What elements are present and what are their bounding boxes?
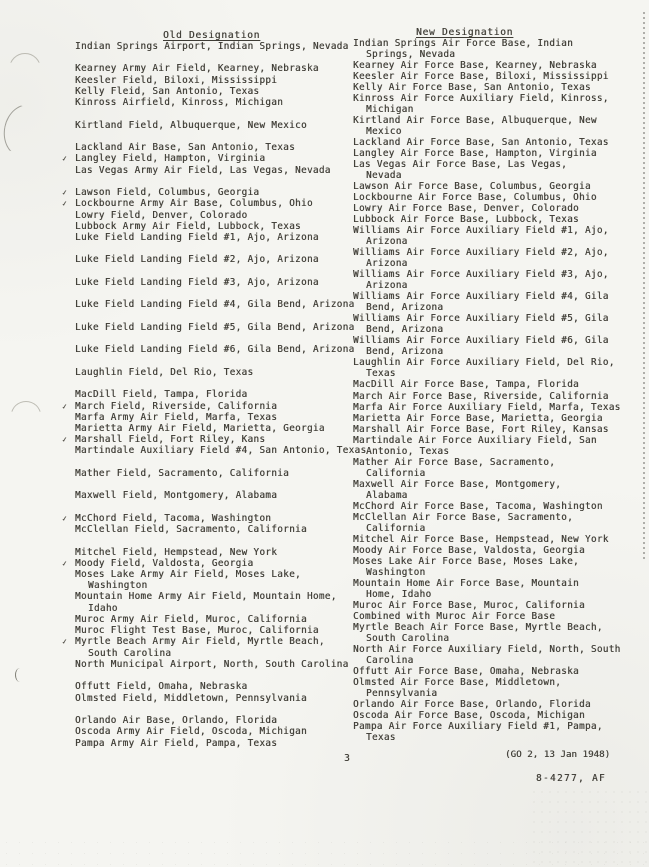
new-designation-line: Bend, Arizona — [353, 346, 647, 357]
punch-hole-mark — [9, 53, 41, 85]
designation-text: Myrtle Beach Army Air Field, Myrtle Beac… — [75, 636, 325, 647]
designation-text: Muroc Army Air Field, Muroc, California — [75, 614, 307, 625]
designation-text: Marfa Army Air Field, Marfa, Texas — [75, 412, 277, 423]
designation-text: Arizona — [366, 236, 408, 247]
designation-text: Martindale Air Force Auxiliary Field, Sa… — [353, 435, 597, 446]
designation-text: Muroc Air Force Base, Muroc, California — [353, 600, 585, 611]
old-designation-line: Luke Field Landing Field #1, Ajo, Arizon… — [75, 232, 375, 243]
old-designation-line — [75, 52, 375, 63]
new-designation-line: Williams Air Force Auxiliary Field #6, G… — [353, 335, 647, 346]
old-designation-line: Olmsted Field, Middletown, Pennsylvania — [75, 693, 375, 704]
new-designation-line: Kirtland Air Force Base, Albuquerque, Ne… — [353, 115, 647, 126]
pencil-checkmark-icon: ✓ — [61, 636, 67, 648]
old-designation-line — [75, 131, 375, 142]
old-designation-line: Luke Field Landing Field #6, Gila Bend, … — [75, 344, 375, 355]
designation-text: Lubbock Army Air Field, Lubbock, Texas — [75, 221, 301, 232]
old-designation-line: Oscoda Army Air Field, Oscoda, Michigan — [75, 726, 375, 737]
designation-text: Luke Field Landing Field #5, Gila Bend, … — [75, 322, 355, 333]
new-designation-line: Williams Air Force Auxiliary Field #1, A… — [353, 225, 647, 236]
designation-text: Pampa Air Force Auxiliary Field #1, Pamp… — [353, 721, 603, 732]
new-designation-line: Bend, Arizona — [353, 302, 647, 313]
designation-text: Kelly Air Force Base, San Antonio, Texas — [353, 82, 591, 93]
designation-text: Offutt Field, Omaha, Nebraska — [75, 681, 247, 692]
designation-text: Olmsted Field, Middletown, Pennsylvania — [75, 693, 307, 704]
old-designation-line: Kirtland Field, Albuquerque, New Mexico — [75, 120, 375, 131]
old-designation-line — [75, 356, 375, 367]
designation-text: Bend, Arizona — [366, 346, 443, 357]
old-designation-line: Kelly Fleid, San Antonio, Texas — [75, 86, 375, 97]
print-code: 8-4277, AF — [536, 773, 606, 784]
designation-text: Bend, Arizona — [366, 302, 443, 313]
old-designation-line: Lubbock Army Air Field, Lubbock, Texas — [75, 221, 375, 232]
new-designation-line: Mitchel Air Force Base, Hempstead, New Y… — [353, 534, 647, 545]
new-designation-line: Antonio, Texas — [353, 446, 647, 457]
pencil-checkmark-icon: ✓ — [61, 153, 67, 165]
designation-text: Carolina — [366, 655, 414, 666]
new-designation-line: Mexico — [353, 126, 647, 137]
old-designation-line: Laughlin Field, Del Rio, Texas — [75, 367, 375, 378]
page-number: 3 — [344, 753, 350, 764]
designation-text: MacDill Air Force Base, Tampa, Florida — [353, 379, 579, 390]
new-designation-line: Arizona — [353, 236, 647, 247]
new-designation-line: Texas — [353, 368, 647, 379]
new-designation-line: Michigan — [353, 104, 647, 115]
new-designation-line: Olmsted Air Force Base, Middletown, — [353, 677, 647, 688]
designation-text: Williams Air Force Auxiliary Field #5, G… — [353, 313, 609, 324]
pencil-checkmark-icon: ✓ — [61, 400, 67, 412]
old-designation-column: Indian Springs Airport, Indian Springs, … — [75, 41, 375, 749]
designation-text: Marshall Field, Fort Riley, Kans — [75, 434, 265, 445]
designation-text: Kinross Airfield, Kinross, Michigan — [75, 97, 283, 108]
new-designation-line: Indian Springs Air Force Base, Indian — [353, 38, 647, 49]
designation-text: California — [366, 523, 425, 534]
old-designation-line — [75, 535, 375, 546]
designation-text: Luke Field Landing Field #3, Ajo, Arizon… — [75, 277, 319, 288]
designation-text: Williams Air Force Auxiliary Field #3, A… — [353, 269, 609, 280]
designation-text: Marietta Army Air Field, Marietta, Georg… — [75, 423, 325, 434]
designation-text: Lackland Air Force Base, San Antonio, Te… — [353, 137, 609, 148]
designation-text: Kirtland Air Force Base, Albuquerque, Ne… — [353, 115, 597, 126]
old-designation-line — [75, 108, 375, 119]
new-designation-line: Kearney Air Force Base, Kearney, Nebrask… — [353, 60, 647, 71]
designation-text: Maxwell Field, Montgomery, Alabama — [75, 490, 277, 501]
old-designation-line — [75, 176, 375, 187]
old-designation-line — [75, 704, 375, 715]
designation-text: Oscoda Air Force Base, Oscoda, Michigan — [353, 710, 585, 721]
designation-text: Indian Springs Airport, Indian Springs, … — [75, 41, 349, 52]
designation-text: Kearney Army Air Field, Kearney, Nebrask… — [75, 63, 319, 74]
old-designation-line: South Carolina — [75, 648, 375, 659]
old-designation-line: Idaho — [75, 603, 375, 614]
designation-text: Moody Field, Valdosta, Georgia — [75, 558, 253, 569]
old-designation-line: Mitchel Field, Hempstead, New York — [75, 547, 375, 558]
old-designation-line: MacDill Field, Tampa, Florida — [75, 389, 375, 400]
designation-text: Washington — [88, 580, 147, 591]
old-designation-line: Luke Field Landing Field #2, Ajo, Arizon… — [75, 254, 375, 265]
designation-text: Oscoda Army Air Field, Oscoda, Michigan — [75, 726, 307, 737]
new-designation-line: Lockbourne Air Force Base, Columbus, Ohi… — [353, 192, 647, 203]
designation-text: Luke Field Landing Field #1, Ajo, Arizon… — [75, 232, 319, 243]
designation-text: McClellan Air Force Base, Sacramento, — [353, 512, 573, 523]
designation-text: Williams Air Force Auxiliary Field #1, A… — [353, 225, 609, 236]
designation-text: Mountain Home Army Air Field, Mountain H… — [75, 591, 337, 602]
new-designation-line: Lubbock Air Force Base, Lubbock, Texas — [353, 214, 647, 225]
designation-text: Lawson Air Force Base, Columbus, Georgia — [353, 181, 591, 192]
designation-text: Kirtland Field, Albuquerque, New Mexico — [75, 120, 307, 131]
old-designation-line: ✓Lockbourne Army Air Base, Columbus, Ohi… — [75, 198, 375, 209]
designation-text: North Municipal Airport, North, South Ca… — [75, 659, 349, 670]
old-designation-line: Moses Lake Army Air Field, Moses Lake, — [75, 569, 375, 580]
old-designation-line — [75, 288, 375, 299]
old-designation-line: Washington — [75, 580, 375, 591]
designation-text: Moody Air Force Base, Valdosta, Georgia — [353, 545, 585, 556]
designation-text: Laughlin Air Force Auxiliary Field, Del … — [353, 357, 615, 368]
old-designation-line — [75, 670, 375, 681]
designation-text: Lackland Air Base, San Antonio, Texas — [75, 142, 295, 153]
old-designation-line: Orlando Air Base, Orlando, Florida — [75, 715, 375, 726]
old-designation-line: ✓Myrtle Beach Army Air Field, Myrtle Bea… — [75, 636, 375, 647]
designation-text: Texas — [366, 732, 396, 743]
new-designation-line: Moses Lake Air Force Base, Moses Lake, — [353, 556, 647, 567]
new-designation-line: Nevada — [353, 170, 647, 181]
new-designation-line: Las Vegas Air Force Base, Las Vegas, — [353, 159, 647, 170]
old-designation-line: North Municipal Airport, North, South Ca… — [75, 659, 375, 670]
designation-text: McChord Air Force Base, Tacoma, Washingt… — [353, 501, 603, 512]
old-designation-line — [75, 479, 375, 490]
designation-text: Luke Field Landing Field #4, Gila Bend, … — [75, 299, 355, 310]
old-designation-line: ✓Lawson Field, Columbus, Georgia — [75, 187, 375, 198]
designation-text: Springs, Nevada — [366, 49, 455, 60]
designation-text: Williams Air Force Auxiliary Field #6, G… — [353, 335, 609, 346]
old-designation-line: Muroc Flight Test Base, Muroc, Californi… — [75, 625, 375, 636]
pencil-checkmark-icon: ✓ — [61, 513, 67, 525]
designation-text: Pampa Army Air Field, Pampa, Texas — [75, 738, 277, 749]
designation-text: Kearney Air Force Base, Kearney, Nebrask… — [353, 60, 597, 71]
designation-text: Laughlin Field, Del Rio, Texas — [75, 367, 253, 378]
designation-text: Combined with Muroc Air Force Base — [353, 611, 555, 622]
pencil-checkmark-icon: ✓ — [61, 198, 67, 210]
designation-text: Orlando Air Base, Orlando, Florida — [75, 715, 277, 726]
scan-noise — [0, 837, 649, 867]
designation-text: Indian Springs Air Force Base, Indian — [353, 38, 573, 49]
new-designation-line: Arizona — [353, 258, 647, 269]
designation-text: Luke Field Landing Field #2, Ajo, Arizon… — [75, 254, 319, 265]
old-designation-line: Lowry Field, Denver, Colorado — [75, 210, 375, 221]
designation-text: South Carolina — [88, 648, 171, 659]
old-designation-line: ✓McChord Field, Tacoma, Washington — [75, 513, 375, 524]
designation-text: March Air Force Base, Riverside, Califor… — [353, 391, 609, 402]
new-designation-line: California — [353, 468, 647, 479]
new-designation-line: McClellan Air Force Base, Sacramento, — [353, 512, 647, 523]
designation-text: Maxwell Air Force Base, Montgomery, — [353, 479, 561, 490]
designation-text: California — [366, 468, 425, 479]
old-designation-line — [75, 457, 375, 468]
old-designation-line: ✓March Field, Riverside, California — [75, 401, 375, 412]
general-order-reference: (GO 2, 13 Jan 1948) — [505, 749, 610, 760]
designation-text: March Field, Riverside, California — [75, 401, 277, 412]
new-designation-line: Mather Air Force Base, Sacramento, — [353, 457, 647, 468]
designation-text: Mountain Home Air Force Base, Mountain — [353, 578, 579, 589]
new-designation-line: Moody Air Force Base, Valdosta, Georgia — [353, 545, 647, 556]
designation-text: Mather Field, Sacramento, California — [75, 468, 289, 479]
old-designation-line: Marfa Army Air Field, Marfa, Texas — [75, 412, 375, 423]
old-designation-line: Marietta Army Air Field, Marietta, Georg… — [75, 423, 375, 434]
designation-text: Marietta Air Force Base, Marietta, Georg… — [353, 413, 603, 424]
new-designation-line: Martindale Air Force Auxiliary Field, Sa… — [353, 435, 647, 446]
old-designation-line — [75, 502, 375, 513]
new-designation-line: Marietta Air Force Base, Marietta, Georg… — [353, 413, 647, 424]
designation-text: Marshall Air Force Base, Fort Riley, Kan… — [353, 424, 609, 435]
old-designation-line: ✓Langley Field, Hampton, Virginia — [75, 153, 375, 164]
new-designation-line: South Carolina — [353, 633, 647, 644]
designation-text: Lawson Field, Columbus, Georgia — [75, 187, 259, 198]
new-designation-line: Laughlin Air Force Auxiliary Field, Del … — [353, 357, 647, 368]
new-designation-line: Springs, Nevada — [353, 49, 647, 60]
new-designation-line: Langley Air Force Base, Hampton, Virgini… — [353, 148, 647, 159]
designation-text: Mather Air Force Base, Sacramento, — [353, 457, 555, 468]
new-designation-line: Oscoda Air Force Base, Oscoda, Michigan — [353, 710, 647, 721]
designation-text: Keesler Air Force Base, Biloxi, Mississi… — [353, 71, 609, 82]
designation-text: Antonio, Texas — [366, 446, 449, 457]
new-designation-line: Bend, Arizona — [353, 324, 647, 335]
new-designation-line: Williams Air Force Auxiliary Field #2, A… — [353, 247, 647, 258]
old-designation-line: ✓Marshall Field, Fort Riley, Kans — [75, 434, 375, 445]
pencil-checkmark-icon: ✓ — [61, 187, 67, 199]
new-designation-line: Muroc Air Force Base, Muroc, California — [353, 600, 647, 611]
designation-text: Alabama — [366, 490, 408, 501]
old-designation-line: Maxwell Field, Montgomery, Alabama — [75, 490, 375, 501]
old-designation-line: Kinross Airfield, Kinross, Michigan — [75, 97, 375, 108]
old-designation-header: Old Designation — [163, 30, 260, 41]
old-designation-line: Luke Field Landing Field #3, Ajo, Arizon… — [75, 277, 375, 288]
old-designation-line: Muroc Army Air Field, Muroc, California — [75, 614, 375, 625]
new-designation-line: Mountain Home Air Force Base, Mountain — [353, 578, 647, 589]
old-designation-line: Lackland Air Base, San Antonio, Texas — [75, 142, 375, 153]
pencil-checkmark-icon: ✓ — [61, 434, 67, 446]
new-designation-line: Kelly Air Force Base, San Antonio, Texas — [353, 82, 647, 93]
designation-text: Home, Idaho — [366, 589, 431, 600]
old-designation-line — [75, 311, 375, 322]
old-designation-line — [75, 378, 375, 389]
new-designation-line: Kinross Air Force Auxiliary Field, Kinro… — [353, 93, 647, 104]
new-designation-line: Pampa Air Force Auxiliary Field #1, Pamp… — [353, 721, 647, 732]
old-designation-line: McClellan Field, Sacramento, California — [75, 524, 375, 535]
new-designation-line: Williams Air Force Auxiliary Field #4, G… — [353, 291, 647, 302]
designation-text: South Carolina — [366, 633, 449, 644]
designation-text: MacDill Field, Tampa, Florida — [75, 389, 247, 400]
designation-text: Keesler Field, Biloxi, Mississippi — [75, 75, 277, 86]
new-designation-line: Combined with Muroc Air Force Base — [353, 611, 647, 622]
punch-hole-mark — [15, 668, 25, 682]
punch-hole-mark — [11, 401, 41, 429]
new-designation-line: Arizona — [353, 280, 647, 291]
old-designation-line: Luke Field Landing Field #5, Gila Bend, … — [75, 322, 375, 333]
new-designation-line: Alabama — [353, 490, 647, 501]
punch-hole-mark — [0, 100, 53, 162]
new-designation-line: Williams Air Force Auxiliary Field #3, A… — [353, 269, 647, 280]
old-designation-line — [75, 333, 375, 344]
new-designation-line: Home, Idaho — [353, 589, 647, 600]
designation-text: Pennsylvania — [366, 688, 437, 699]
designation-text: Bend, Arizona — [366, 324, 443, 335]
designation-text: Arizona — [366, 280, 408, 291]
designation-text: Mitchel Field, Hempstead, New York — [75, 547, 277, 558]
new-designation-line: Marfa Air Force Auxiliary Field, Marfa, … — [353, 402, 647, 413]
designation-text: Luke Field Landing Field #6, Gila Bend, … — [75, 344, 355, 355]
designation-text: Moses Lake Army Air Field, Moses Lake, — [75, 569, 301, 580]
designation-text: North Air Force Auxiliary Field, North, … — [353, 644, 621, 655]
old-designation-line: ✓Moody Field, Valdosta, Georgia — [75, 558, 375, 569]
new-designation-line: Offutt Air Force Base, Omaha, Nebraska — [353, 666, 647, 677]
designation-text: Martindale Auxiliary Field #4, San Anton… — [75, 445, 366, 456]
new-designation-line: Carolina — [353, 655, 647, 666]
designation-text: Williams Air Force Auxiliary Field #2, A… — [353, 247, 609, 258]
designation-text: Langley Air Force Base, Hampton, Virgini… — [353, 148, 597, 159]
new-designation-line: Myrtle Beach Air Force Base, Myrtle Beac… — [353, 622, 647, 633]
old-designation-line: Pampa Army Air Field, Pampa, Texas — [75, 738, 375, 749]
designation-text: Marfa Air Force Auxiliary Field, Marfa, … — [353, 402, 621, 413]
designation-text: Las Vegas Army Air Field, Las Vegas, Nev… — [75, 165, 331, 176]
designation-text: Idaho — [88, 603, 118, 614]
scanned-document-page: Old Designation New Designation Indian S… — [0, 0, 649, 867]
new-designation-line: Washington — [353, 567, 647, 578]
old-designation-line: Mather Field, Sacramento, California — [75, 468, 375, 479]
designation-text: Kelly Fleid, San Antonio, Texas — [75, 86, 259, 97]
old-designation-line — [75, 243, 375, 254]
new-designation-line: Orlando Air Force Base, Orlando, Florida — [353, 699, 647, 710]
designation-text: Las Vegas Air Force Base, Las Vegas, — [353, 159, 567, 170]
new-designation-column: Indian Springs Air Force Base, IndianSpr… — [353, 38, 647, 743]
designation-text: Lowry Air Force Base, Denver, Colorado — [353, 203, 579, 214]
new-designation-line: Pennsylvania — [353, 688, 647, 699]
designation-text: Mitchel Air Force Base, Hempstead, New Y… — [353, 534, 609, 545]
designation-text: Williams Air Force Auxiliary Field #4, G… — [353, 291, 609, 302]
new-designation-line: North Air Force Auxiliary Field, North, … — [353, 644, 647, 655]
old-designation-line: Luke Field Landing Field #4, Gila Bend, … — [75, 299, 375, 310]
designation-text: Myrtle Beach Air Force Base, Myrtle Beac… — [353, 622, 603, 633]
designation-text: Langley Field, Hampton, Virginia — [75, 153, 265, 164]
new-designation-line: Williams Air Force Auxiliary Field #5, G… — [353, 313, 647, 324]
new-designation-line: Keesler Air Force Base, Biloxi, Mississi… — [353, 71, 647, 82]
new-designation-line: California — [353, 523, 647, 534]
new-designation-header: New Designation — [416, 27, 513, 38]
old-designation-line — [75, 266, 375, 277]
new-designation-line: Lawson Air Force Base, Columbus, Georgia — [353, 181, 647, 192]
new-designation-line: Maxwell Air Force Base, Montgomery, — [353, 479, 647, 490]
old-designation-line: Indian Springs Airport, Indian Springs, … — [75, 41, 375, 52]
designation-text: Arizona — [366, 258, 408, 269]
designation-text: Olmsted Air Force Base, Middletown, — [353, 677, 561, 688]
new-designation-line: MacDill Air Force Base, Tampa, Florida — [353, 379, 647, 390]
designation-text: McClellan Field, Sacramento, California — [75, 524, 307, 535]
old-designation-line: Offutt Field, Omaha, Nebraska — [75, 681, 375, 692]
designation-text: Texas — [366, 368, 396, 379]
designation-text: Washington — [366, 567, 425, 578]
designation-text: Lowry Field, Denver, Colorado — [75, 210, 247, 221]
old-designation-line: Keesler Field, Biloxi, Mississippi — [75, 75, 375, 86]
old-designation-line: Kearney Army Air Field, Kearney, Nebrask… — [75, 63, 375, 74]
pencil-checkmark-icon: ✓ — [61, 558, 67, 570]
designation-text: Kinross Air Force Auxiliary Field, Kinro… — [353, 93, 609, 104]
designation-text: Orlando Air Force Base, Orlando, Florida — [353, 699, 591, 710]
designation-text: Lockbourne Army Air Base, Columbus, Ohio — [75, 198, 313, 209]
designation-text: Nevada — [366, 170, 402, 181]
new-designation-line: Lowry Air Force Base, Denver, Colorado — [353, 203, 647, 214]
new-designation-line: March Air Force Base, Riverside, Califor… — [353, 391, 647, 402]
designation-text: Muroc Flight Test Base, Muroc, Californi… — [75, 625, 319, 636]
designation-text: Offutt Air Force Base, Omaha, Nebraska — [353, 666, 579, 677]
old-designation-line: Mountain Home Army Air Field, Mountain H… — [75, 591, 375, 602]
old-designation-line: Las Vegas Army Air Field, Las Vegas, Nev… — [75, 165, 375, 176]
new-designation-line: Texas — [353, 732, 647, 743]
designation-text: Moses Lake Air Force Base, Moses Lake, — [353, 556, 579, 567]
designation-text: Lockbourne Air Force Base, Columbus, Ohi… — [353, 192, 597, 203]
designation-text: McChord Field, Tacoma, Washington — [75, 513, 271, 524]
designation-text: Lubbock Air Force Base, Lubbock, Texas — [353, 214, 579, 225]
designation-text: Michigan — [366, 104, 414, 115]
new-designation-line: Marshall Air Force Base, Fort Riley, Kan… — [353, 424, 647, 435]
new-designation-line: McChord Air Force Base, Tacoma, Washingt… — [353, 501, 647, 512]
old-designation-line: Martindale Auxiliary Field #4, San Anton… — [75, 445, 375, 456]
designation-text: Mexico — [366, 126, 402, 137]
new-designation-line: Lackland Air Force Base, San Antonio, Te… — [353, 137, 647, 148]
